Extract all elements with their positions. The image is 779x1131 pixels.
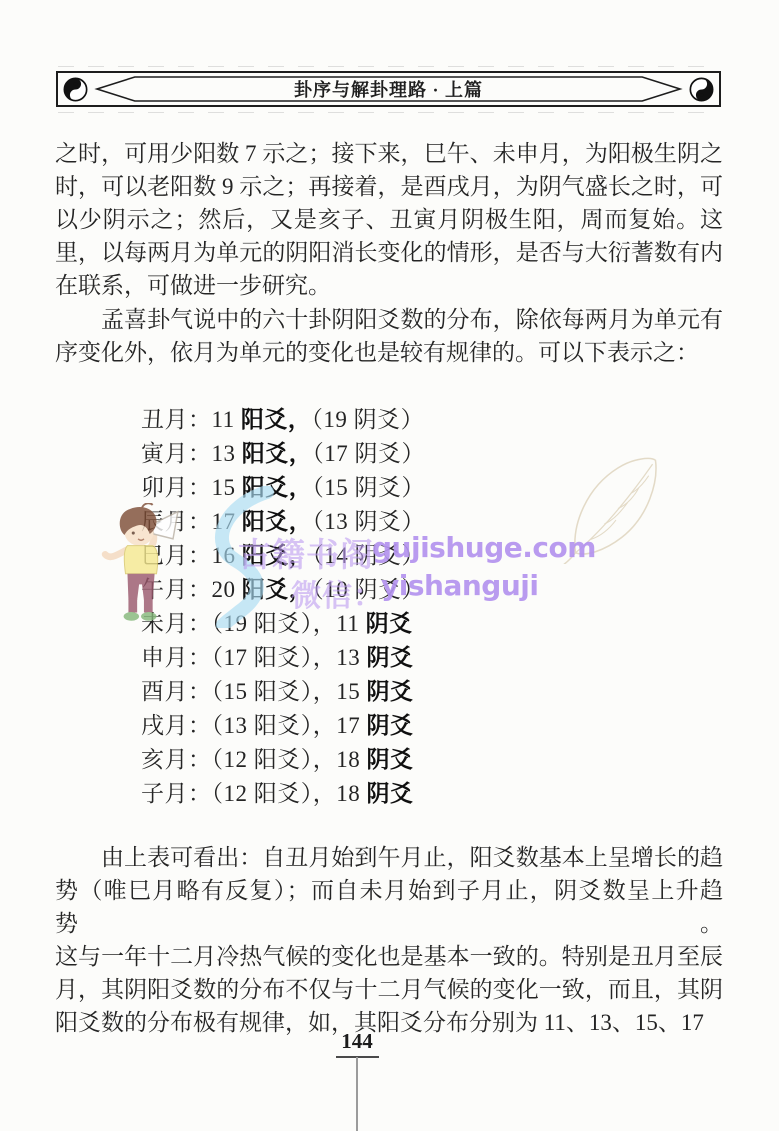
row-suffix: （13 阴爻）: [312, 509, 425, 534]
header-band: 卦序与解卦理路 · 上篇: [56, 71, 721, 107]
row-prefix: 申月：（17 阳爻），13: [141, 645, 367, 670]
table-row: 申月：（17 阳爻），13 阴爻: [141, 641, 425, 675]
title-hexagon: 卦序与解卦理路 · 上篇: [93, 73, 684, 105]
page-number: 144: [325, 1029, 389, 1054]
table-row: 卯月：15 阳爻，（15 阴爻）: [141, 471, 425, 505]
text-line: 这与一年十二月冷热气候的变化也是基本一致的。特别是丑月至辰: [55, 940, 723, 973]
row-suffix: （10 阴爻）: [312, 577, 425, 602]
text-line: 由上表可看出：自丑月始到午月止，阳爻数基本上呈增长的趋: [55, 841, 723, 874]
row-prefix: 丑月：11: [141, 407, 241, 432]
row-bold: 阳爻，: [242, 441, 313, 466]
mascot-illustration: [96, 503, 188, 629]
table-row: 寅月：13 阳爻，（17 阴爻）: [141, 437, 425, 471]
row-suffix: （14 阴爻）: [312, 543, 425, 568]
row-prefix: 寅月：13: [141, 441, 242, 466]
text-line: 势（唯巳月略有反复）；而自未月始到子月止，阴爻数呈上升趋势。: [55, 874, 723, 940]
text-line: 在联系，可做进一步研究。: [55, 269, 723, 302]
spine-fold-line: [356, 1057, 358, 1131]
row-prefix: 亥月：（12 阳爻），18: [141, 747, 367, 772]
text-line: 序变化外，依月为单元的变化也是较有规律的。可以下表示之：: [55, 336, 723, 369]
row-bold: 阴爻: [367, 679, 414, 704]
row-bold: 阴爻: [367, 781, 414, 806]
paragraph-3: 由上表可看出：自丑月始到午月止，阳爻数基本上呈增长的趋 势（唯巳月略有反复）；而…: [55, 841, 723, 1039]
table-row: 酉月：（15 阳爻），15 阴爻: [141, 675, 425, 709]
paragraph-2: 孟喜卦气说中的六十卦阴阳爻数的分布，除依每两月为单元有 序变化外，依月为单元的变…: [55, 303, 723, 369]
table-row: 戌月：（13 阳爻），17 阴爻: [141, 709, 425, 743]
scan-streak-top: [58, 66, 710, 67]
text-line: 之时，可用少阳数 7 示之；接下来，巳午、未申月，为阳极生阴之: [55, 137, 723, 170]
text-line: 阳爻数的分布极有规律，如，其阳爻分布分别为 11、13、15、17: [55, 1006, 723, 1039]
taiji-right-icon: [689, 77, 714, 102]
text-line: 时，可以老阳数 9 示之；再接着，是酉戌月，为阴气盛长之时，可: [55, 170, 723, 203]
row-bold: 阴爻: [366, 611, 413, 636]
row-bold: 阴爻: [367, 747, 414, 772]
book-page: 卦序与解卦理路 · 上篇 之时，可用少阳数 7 示之；接下来，巳午、未申月，为阳…: [0, 0, 779, 1131]
table-row: 丑月：11 阳爻，（19 阴爻）: [141, 403, 425, 437]
text-line: 以少阴示之；然后，又是亥子、丑寅月阴极生阳，周而复始。这: [55, 203, 723, 236]
row-prefix: 戌月：（13 阳爻），17: [141, 713, 367, 738]
text-line: 孟喜卦气说中的六十卦阴阳爻数的分布，除依每两月为单元有: [55, 303, 723, 336]
row-suffix: （19 阴爻）: [311, 407, 424, 432]
table-row: 子月：（12 阳爻），18 阴爻: [141, 777, 425, 811]
text-line: 月，其阴阳爻数的分布不仅与十二月气候的变化一致，而且，其阴: [55, 973, 723, 1006]
row-bold: 阴爻: [367, 713, 414, 738]
page-title: 卦序与解卦理路 · 上篇: [93, 73, 684, 105]
row-suffix: （15 阴爻）: [312, 475, 425, 500]
row-bold: 阴爻: [367, 645, 414, 670]
scan-streak-bottom: [58, 112, 710, 113]
leaf-watermark-icon: [562, 452, 668, 564]
row-prefix: 子月：（12 阳爻），18: [141, 781, 367, 806]
paragraph-1: 之时，可用少阳数 7 示之；接下来，巳午、未申月，为阳极生阴之 时，可以老阳数 …: [55, 137, 723, 302]
table-row: 亥月：（12 阳爻），18 阴爻: [141, 743, 425, 777]
row-prefix: 酉月：（15 阳爻），15: [141, 679, 367, 704]
row-suffix: （17 阴爻）: [312, 441, 425, 466]
taiji-left-icon: [63, 77, 88, 102]
swoosh-decoration: [200, 486, 282, 628]
text-line: 里，以每两月为单元的阴阳消长变化的情形，是否与大衍蓍数有内: [55, 236, 723, 269]
row-bold: 阳爻，: [241, 407, 312, 432]
